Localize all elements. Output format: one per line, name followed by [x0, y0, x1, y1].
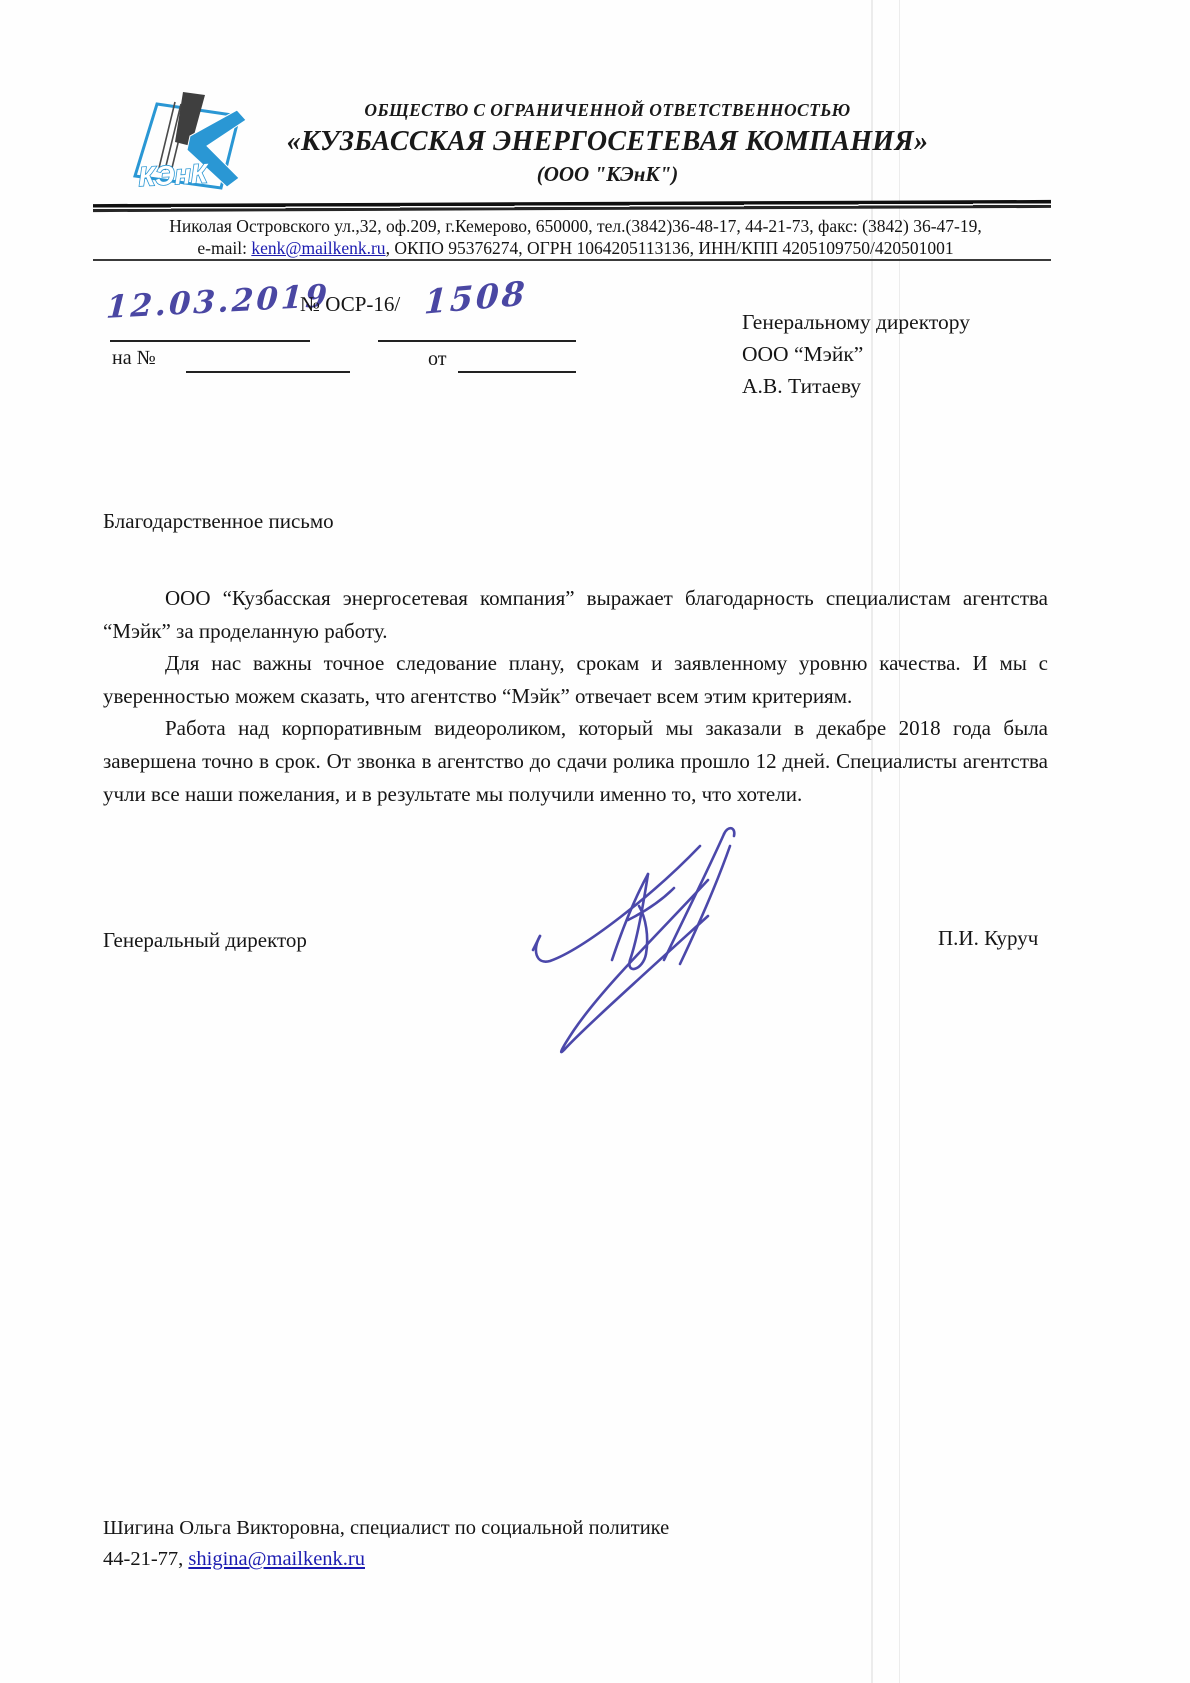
from-label: от: [428, 348, 446, 371]
executor-name: Шигина Ольга Викторовна, специалист по с…: [103, 1513, 669, 1544]
requisites-line: e-mail: kenk@mailkenk.ru, ОКПО 95376274,…: [118, 237, 1033, 259]
org-type: ОБЩЕСТВО С ОГРАНИЧЕННОЙ ОТВЕТСТВЕННОСТЬЮ: [250, 100, 965, 121]
handwritten-number: 1508: [423, 273, 529, 321]
paragraph: Для нас важны точное следование плану, с…: [103, 647, 1048, 712]
from-date-line: [458, 371, 576, 373]
letterhead: ОБЩЕСТВО С ОГРАНИЧЕННОЙ ОТВЕТСТВЕННОСТЬЮ…: [250, 100, 965, 187]
scanned-letter-page: КЭнК ОБЩЕСТВО С ОГРАНИЧЕННОЙ ОТВЕТСТВЕНН…: [0, 0, 1190, 1683]
header-double-rule: [93, 200, 1051, 212]
kenk-logo-icon: КЭнК: [127, 86, 249, 192]
letter-body: ООО “Кузбасская энергосетевая компания” …: [103, 582, 1048, 810]
address-text: Николая Островского ул.,32, оф.209, г.Ке…: [169, 216, 981, 236]
svg-text:КЭнК: КЭнК: [138, 158, 211, 192]
executor-phone: 44-21-77,: [103, 1548, 188, 1570]
signer-position: Генеральный директор: [103, 928, 307, 953]
header-thin-rule: [93, 259, 1051, 261]
paragraph: Работа над корпоративным видеороликом, к…: [103, 712, 1048, 810]
letter-title: Благодарственное письмо: [103, 509, 334, 534]
reply-to-label: на №: [112, 347, 156, 370]
handwritten-signature: [512, 818, 742, 1063]
recipient-name: А.В. Титаеву: [742, 370, 970, 402]
outgoing-number-label: № ОСР-16/: [300, 292, 400, 317]
company-email-link[interactable]: kenk@mailkenk.ru: [251, 238, 385, 258]
requisites-text: , ОКПО 95376274, ОГРН 1064205113136, ИНН…: [386, 238, 954, 258]
letterhead-contacts: Николая Островского ул.,32, оф.209, г.Ке…: [118, 215, 1033, 259]
handwritten-date: 12.03.2019: [105, 278, 331, 326]
number-underline: [378, 340, 576, 342]
recipient-company: ООО “Мэйк”: [742, 338, 970, 370]
executor-block: Шигина Ольга Викторовна, специалист по с…: [103, 1513, 669, 1575]
org-short-name: (ООО "КЭнК"): [250, 162, 965, 187]
reply-number-line: [186, 371, 350, 373]
email-label: e-mail:: [197, 238, 251, 258]
executor-email-link[interactable]: shigina@mailkenk.ru: [188, 1548, 365, 1570]
paragraph: ООО “Кузбасская энергосетевая компания” …: [103, 582, 1048, 647]
signer-name: П.И. Куруч: [938, 926, 1038, 951]
date-underline: [110, 340, 310, 342]
recipient-position: Генеральному директору: [742, 306, 970, 338]
company-logo: КЭнК: [127, 86, 249, 192]
executor-contacts: 44-21-77, shigina@mailkenk.ru: [103, 1544, 669, 1575]
signature-ink-icon: [512, 818, 742, 1063]
address-line: Николая Островского ул.,32, оф.209, г.Ке…: [118, 215, 1033, 237]
org-name: «КУЗБАССКАЯ ЭНЕРГОСЕТЕВАЯ КОМПАНИЯ»: [250, 126, 965, 158]
recipient-block: Генеральному директору ООО “Мэйк” А.В. Т…: [742, 306, 970, 402]
